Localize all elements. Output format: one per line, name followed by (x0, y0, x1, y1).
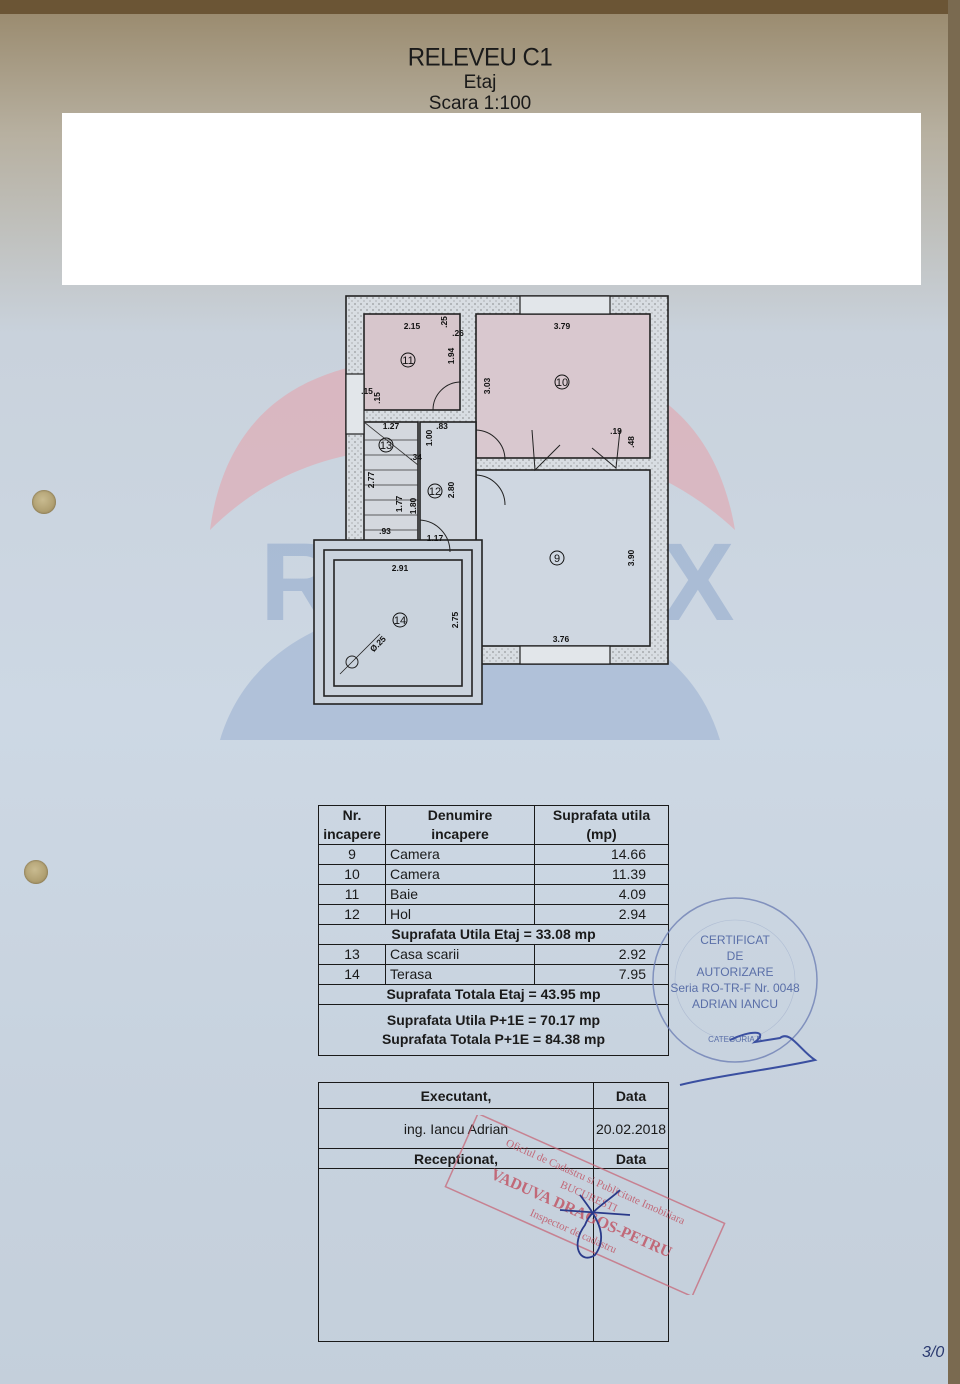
cell-nr: 11 (319, 885, 386, 905)
svg-text:12: 12 (429, 486, 441, 498)
svg-text:2.15: 2.15 (404, 321, 421, 331)
svg-text:1.00: 1.00 (424, 429, 434, 446)
svg-text:11: 11 (402, 355, 413, 367)
svg-text:.15: .15 (372, 392, 382, 404)
svg-text:3.79: 3.79 (554, 321, 571, 331)
svg-text:.48: .48 (626, 436, 636, 448)
svg-text:10: 10 (556, 377, 568, 389)
svg-text:2.75: 2.75 (450, 611, 460, 628)
table-row: 13 Casa scarii 2.92 (319, 945, 669, 965)
punch-hole (32, 490, 56, 514)
svg-text:13: 13 (380, 440, 392, 452)
svg-text:2.77: 2.77 (366, 471, 376, 488)
svg-text:1.17: 1.17 (427, 533, 444, 543)
cell-name: Terasa (386, 965, 535, 985)
svg-text:Seria RO-TR-F Nr. 0048: Seria RO-TR-F Nr. 0048 (670, 981, 800, 995)
cell-name: Hol (386, 905, 535, 925)
summary-row: Suprafata Totala Etaj = 43.95 mp (319, 985, 669, 1005)
header-name: Denumireincapere (386, 806, 535, 845)
cell-nr: 14 (319, 965, 386, 985)
cell-area: 14.66 (535, 845, 669, 865)
svg-text:CERTIFICAT: CERTIFICAT (700, 933, 770, 947)
svg-text:2.80: 2.80 (446, 481, 456, 498)
svg-text:3.03: 3.03 (482, 377, 492, 394)
cell-name: Casa scarii (386, 945, 535, 965)
svg-text:.19: .19 (610, 426, 622, 436)
header-area: Suprafata utila(mp) (535, 806, 669, 845)
cell-nr: 13 (319, 945, 386, 965)
table-row: 10 Camera 11.39 (319, 865, 669, 885)
svg-text:1.27: 1.27 (383, 421, 400, 431)
punch-hole (24, 860, 48, 884)
table-row: 9 Camera 14.66 (319, 845, 669, 865)
document-subtitle: Etaj (0, 72, 960, 94)
cell-name: Baie (386, 885, 535, 905)
svg-text:9: 9 (554, 553, 560, 565)
svg-text:DE: DE (727, 949, 744, 963)
svg-text:2.91: 2.91 (392, 563, 409, 573)
document-title: RELEVEU C1 (0, 43, 960, 72)
receptionat-stamp: Oficiul de Cadastru si Publicitate Imobi… (440, 1115, 730, 1295)
executant-label: Executant, (319, 1083, 594, 1109)
paper-edge (948, 0, 960, 1384)
svg-text:AUTORIZARE: AUTORIZARE (696, 965, 773, 979)
cell-name: Camera (386, 865, 535, 885)
svg-text:ADRIAN IANCU: ADRIAN IANCU (692, 997, 778, 1011)
svg-text:.25: .25 (439, 316, 449, 328)
cell-nr: 12 (319, 905, 386, 925)
floor-plan: 11 10 9 12 13 14 2.15 3.79 3.76 2.91 1.2… (300, 290, 680, 710)
page-number: 3/0 (922, 1344, 944, 1362)
summary-row: Suprafata Utila P+1E = 70.17 mpSuprafata… (319, 1005, 669, 1056)
cell-nr: 9 (319, 845, 386, 865)
sum-p1e: Suprafata Utila P+1E = 70.17 mpSuprafata… (319, 1005, 669, 1056)
table-row: 11 Baie 4.09 (319, 885, 669, 905)
document-scale: Scara 1:100 (0, 93, 960, 115)
cell-name: Camera (386, 845, 535, 865)
sum-utila-etaj: Suprafata Utila Etaj = 33.08 mp (319, 925, 669, 945)
svg-text:.34: .34 (410, 452, 422, 462)
sum-totala-etaj: Suprafata Totala Etaj = 43.95 mp (319, 985, 669, 1005)
svg-text:1.80: 1.80 (408, 497, 418, 514)
rooms-table: Nr.incapere Denumireincapere Suprafata u… (318, 805, 669, 1056)
table-row: 14 Terasa 7.95 (319, 965, 669, 985)
header-nr: Nr.incapere (319, 806, 386, 845)
svg-text:.26: .26 (452, 328, 464, 338)
svg-text:.83: .83 (436, 421, 448, 431)
authorization-stamp: CERTIFICAT DE AUTORIZARE Seria RO-TR-F N… (640, 880, 830, 1090)
svg-text:1.77: 1.77 (394, 495, 404, 512)
table-row: 12 Hol 2.94 (319, 905, 669, 925)
svg-text:3.76: 3.76 (553, 634, 570, 644)
cell-nr: 10 (319, 865, 386, 885)
summary-row: Suprafata Utila Etaj = 33.08 mp (319, 925, 669, 945)
svg-text:14: 14 (394, 615, 406, 627)
svg-text:3.90: 3.90 (626, 549, 636, 566)
table-header-row: Nr.incapere Denumireincapere Suprafata u… (319, 806, 669, 845)
svg-text:.93: .93 (379, 526, 391, 536)
redacted-area (62, 113, 921, 285)
svg-text:1.94: 1.94 (446, 347, 456, 364)
